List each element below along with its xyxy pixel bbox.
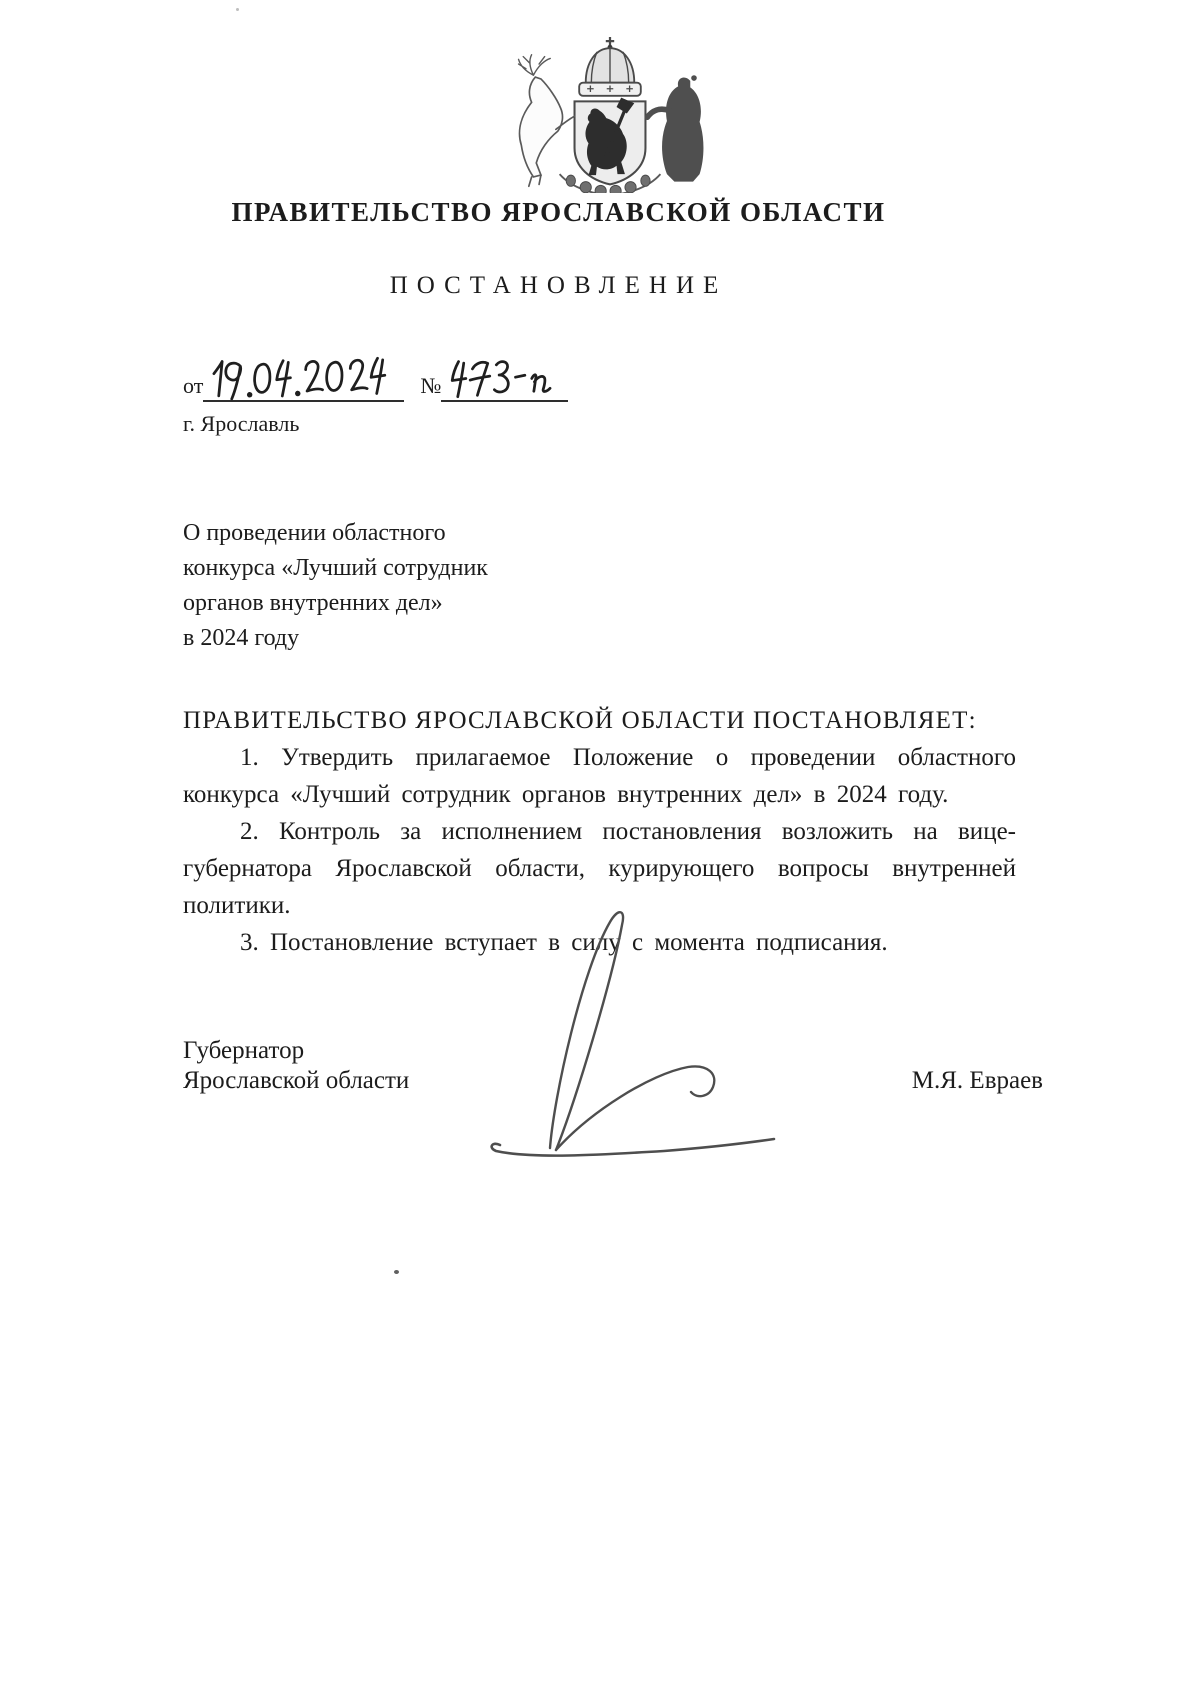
subject-line: конкурса «Лучший сотрудник — [183, 551, 643, 586]
coat-of-arms-icon — [470, 34, 750, 193]
authority-title: ПРАВИТЕЛЬСТВО ЯРОСЛАВСКОЙ ОБЛАСТИ — [142, 197, 975, 228]
paragraph-1: 1. Утвердить прилагаемое Положение о про… — [183, 739, 1016, 813]
document-type-title: ПОСТАНОВЛЕНИЕ — [142, 272, 975, 300]
subject-block: О проведении областного конкурса «Лучший… — [183, 516, 643, 656]
subject-line: в 2024 году — [183, 621, 643, 656]
signer-position-line: Губернатор — [183, 1036, 409, 1066]
document-page: ПРАВИТЕЛЬСТВО ЯРОСЛАВСКОЙ ОБЛАСТИ ПОСТАН… — [0, 0, 1200, 1697]
number-label: № — [420, 373, 441, 402]
signer-position: Губернатор Ярославской области — [183, 1036, 409, 1096]
signature-row: Губернатор Ярославской области М.Я. Евра… — [183, 1036, 1043, 1096]
signer-position-line: Ярославской области — [183, 1066, 409, 1096]
signer-name: М.Я. Евраев — [912, 1066, 1043, 1096]
scan-speck — [394, 1270, 399, 1274]
scan-speck — [236, 8, 239, 11]
date-number-row: от № — [183, 355, 568, 402]
resolution-heading: ПРАВИТЕЛЬСТВО ЯРОСЛАВСКОЙ ОБЛАСТИ ПОСТАН… — [183, 702, 1016, 739]
subject-line: О проведении областного — [183, 516, 643, 551]
city-label: г. Ярославль — [183, 411, 299, 437]
signature-scribble-icon — [468, 898, 788, 1158]
handwritten-number — [441, 355, 568, 402]
date-label: от — [183, 373, 203, 402]
subject-line: органов внутренних дел» — [183, 586, 643, 621]
handwritten-date — [203, 355, 404, 402]
